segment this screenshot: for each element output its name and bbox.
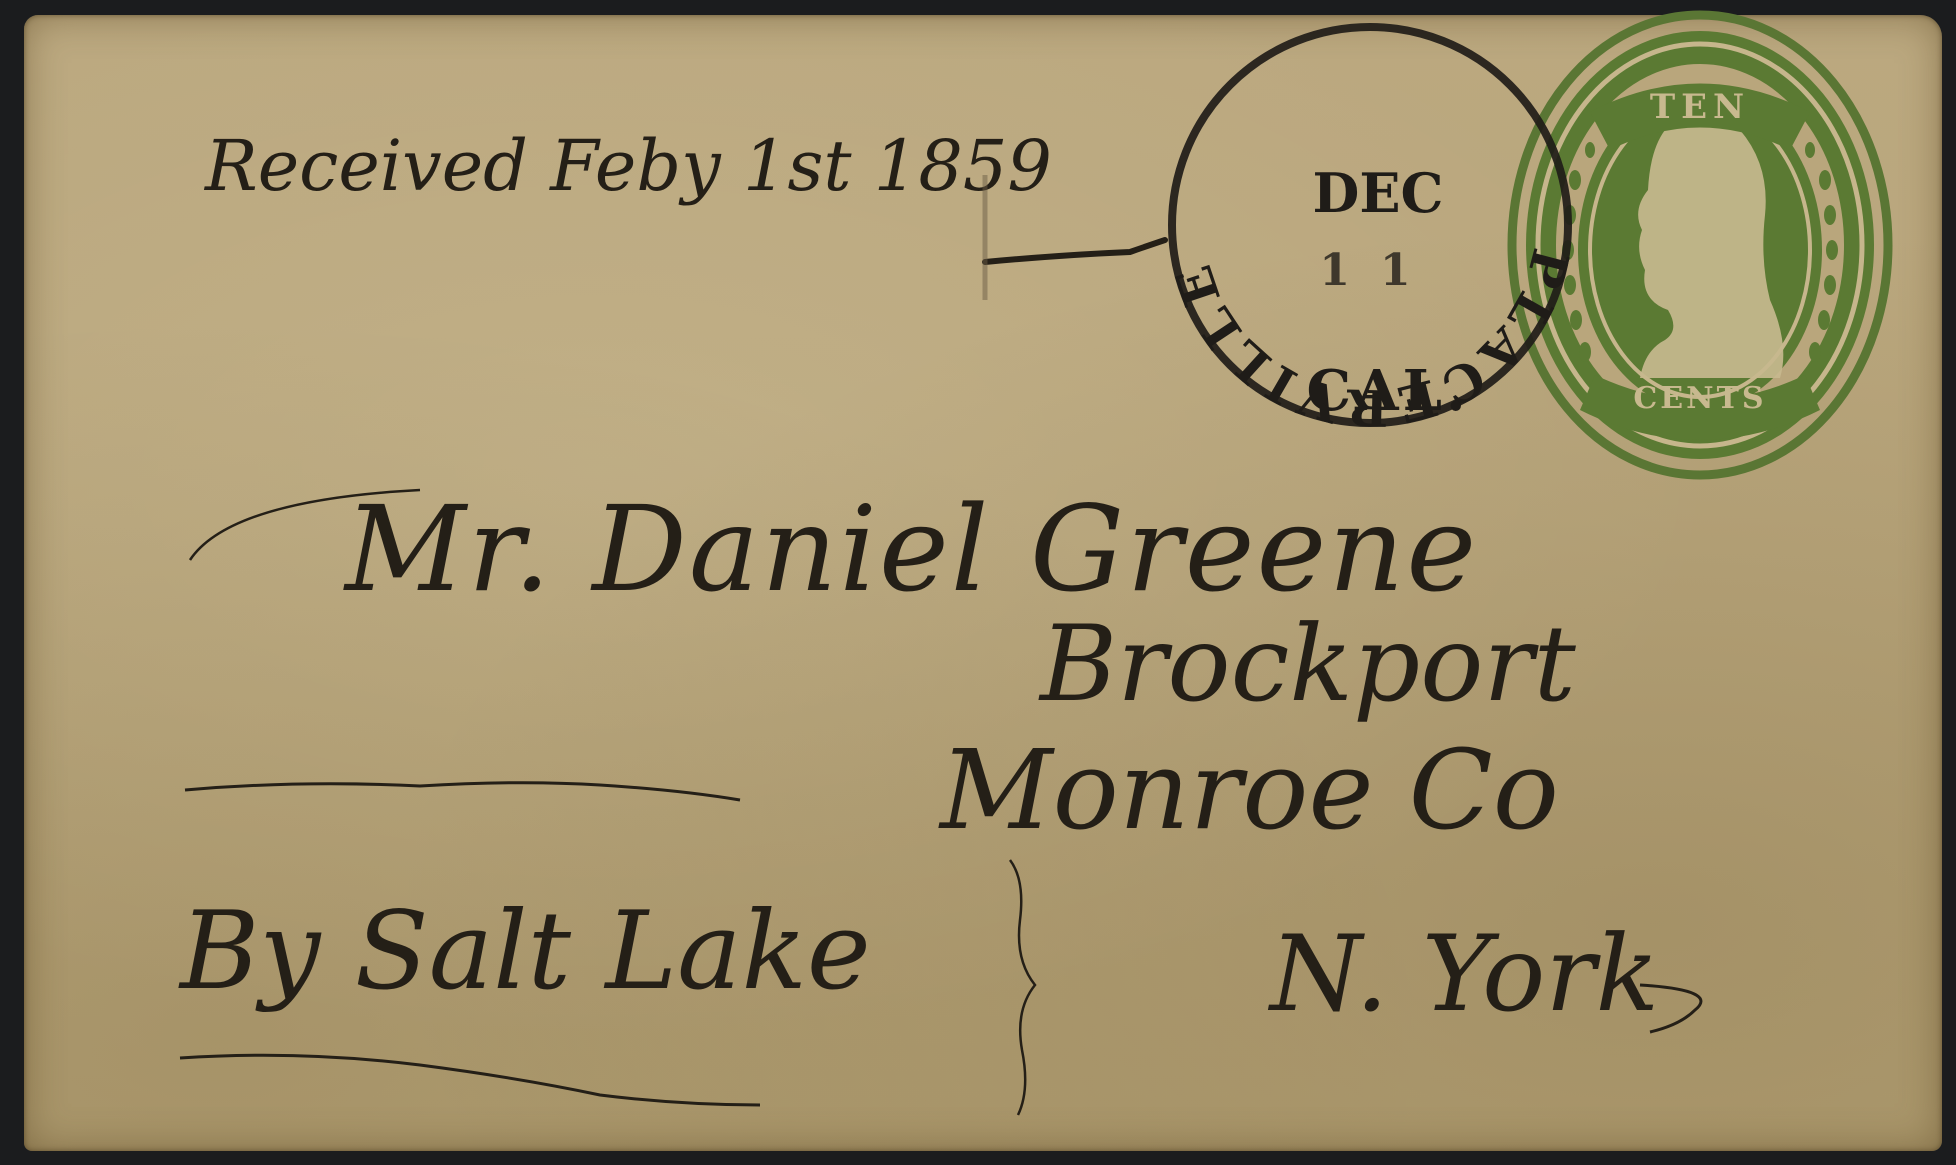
address-line-county: Monroe Co	[938, 726, 1559, 854]
docketing-note: Received Feby 1st 1859	[203, 125, 1165, 300]
routing-text: By Salt Lake	[178, 889, 871, 1014]
address-line-town: Brockport	[1038, 603, 1577, 725]
postmark-state: CAL.	[1307, 358, 1470, 424]
stamp-denomination-top: TEN	[1650, 87, 1750, 127]
stamp-denomination-bottom: CENTS	[1633, 381, 1766, 416]
address-line-name: Mr. Daniel Greene	[343, 480, 1478, 618]
postmark-day: 11	[1319, 245, 1440, 296]
received-note: Received Feby 1st 1859	[203, 125, 1052, 207]
postmark-month: DEC	[1313, 161, 1444, 225]
envelope-artwork: TEN CENTS PLACERVILLE DEC 11 CAL. Receiv…	[0, 0, 1956, 1165]
routing-endorsement: By Salt Lake	[178, 783, 1035, 1115]
postmark: PLACERVILLE DEC 11 CAL.	[1162, 27, 1581, 437]
address-line-state: N. York	[1267, 913, 1659, 1035]
